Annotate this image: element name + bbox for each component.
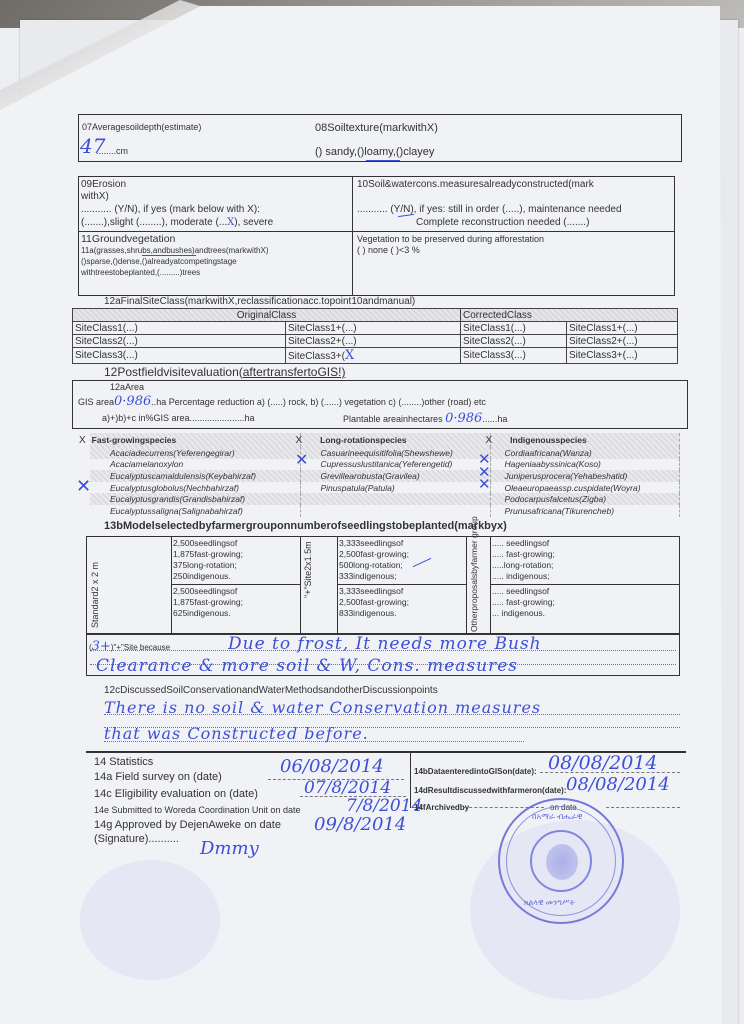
vegetation-preserved-options[interactable]: ( ) none ( )<3 %: [357, 245, 420, 255]
because-number: 3+: [92, 639, 111, 654]
site-option-1[interactable]: 3,333seedlingsof 2,500fast-growing; 500l…: [339, 538, 409, 582]
site-class-cell[interactable]: SiteClass1+(...): [567, 322, 678, 335]
post-field-title-underlined: aftertransfertoGIS!): [243, 365, 346, 379]
site-plus-label: "+"Site2x1.5m: [303, 538, 313, 598]
x-mark-eucalyptus-globolus: ✕: [76, 478, 91, 496]
statistics-title: 14 Statistics: [94, 756, 153, 768]
species-cell[interactable]: Acaciamelanoxylon: [90, 459, 300, 471]
long-rotation-label: Long-rotationspecies: [320, 435, 406, 445]
gis-entered-label: 14bDataenteredintoGISon(date):: [414, 767, 537, 776]
divider: [352, 176, 353, 296]
table-row: SiteClass1(...) SiteClass1+(...) SiteCla…: [73, 322, 678, 335]
species-cell[interactable]: Pinuspatula(Patula): [300, 482, 490, 494]
gis-area-value: 0·986: [114, 394, 151, 409]
dashed-line: [606, 807, 680, 808]
divider: [171, 584, 300, 585]
vegetation-preserved-label: Vegetation to be preserved during affore…: [357, 234, 544, 244]
discussion-handwritten-2[interactable]: that was Constructed before.: [104, 724, 369, 743]
submitted-date[interactable]: 7/8/2014: [346, 796, 422, 816]
species-cell[interactable]: Oleaeuropaeassp.cuspidate(Woyra): [490, 482, 680, 494]
site-class-cell[interactable]: SiteClass2(...): [461, 335, 567, 348]
divider: [337, 584, 466, 585]
species-cell[interactable]: Podocarpusfalcetus(Zigba): [490, 493, 680, 505]
soil-texture-label: 08Soiltexture(markwithX): [315, 122, 438, 134]
because-label-text: )"+"Site because: [111, 643, 170, 652]
indigenous-header: XIndigenousspecies: [490, 433, 680, 447]
original-class-header: OriginalClass: [73, 309, 461, 322]
ink-bleed: [80, 860, 220, 980]
ground-vegetation-label: 11Groundvegetation: [81, 233, 175, 245]
table-row: Acaciamelanoxylon Cupressuslustitanica(Y…: [90, 459, 680, 471]
species-cell[interactable]: Cupressuslustitanica(Yeferengetid): [300, 459, 490, 471]
divider: [337, 536, 338, 634]
eligibility-label: 14c Eligibility evaluation on (date): [94, 788, 258, 800]
site-class-cell[interactable]: SiteClass1(...): [73, 322, 286, 335]
species-cell[interactable]: [300, 493, 490, 505]
long-rotation-header: XLong-rotationspecies: [300, 433, 490, 447]
other-option-1[interactable]: ..... seedlingsof ..... fast-growing; ..…: [492, 538, 555, 582]
divider: [171, 536, 172, 634]
area-sum-line[interactable]: a)+)b)+c in%GIS area....................…: [102, 413, 255, 423]
erosion-severity-end: ), severe: [234, 217, 273, 228]
because-handwritten-2[interactable]: Clearance & more soil & W, Cons. measure…: [96, 656, 518, 676]
table-row: Eucalyptussaligna(Salignabahirzaf) Prunu…: [90, 505, 680, 517]
soil-depth-label: 07Averagesoildepth(estimate): [82, 122, 201, 132]
field-survey-label: 14a Field survey on (date): [94, 771, 222, 783]
discussed-date[interactable]: 08/08/2014: [566, 774, 670, 795]
species-cell[interactable]: Grevillearobusta(Gravilea): [300, 470, 490, 482]
table-row: Eucalyptusgrandis(Grandisbahirzaf) Podoc…: [90, 493, 680, 505]
divider: [490, 536, 491, 634]
site-class-3plus-text: SiteClass3+(: [288, 351, 345, 362]
gis-area-suffix: ..ha Percentage reduction a) (.....) roc…: [151, 397, 486, 407]
loamy-underline-mark: [366, 160, 400, 161]
corrected-class-header: CorrectedClass: [461, 309, 678, 322]
swc-reconstruction[interactable]: Complete reconstruction needed (.......): [416, 217, 589, 228]
x-mark-cupressus: ✕: [295, 452, 308, 468]
species-cell[interactable]: Hageniaabyssinica(Koso): [490, 459, 680, 471]
species-cell[interactable]: Casuarineequisitifolia(Shewshewe): [300, 447, 490, 459]
plantable-area-label: Plantable areainhectares: [343, 414, 443, 424]
table-row: Eucalyptusglobolus(Nechbahirzaf) Pinuspa…: [90, 482, 680, 494]
vegetation-line-1: 11a(grasses,shrubs,andbushes)andtrees(ma…: [81, 246, 269, 255]
soil-depth-unit: ........cm: [96, 146, 128, 156]
table-row: SiteClass3(...) SiteClass3+(X SiteClass3…: [73, 348, 678, 364]
site-class-title: 12aFinalSiteClass(markwithX,reclassifica…: [104, 296, 415, 307]
other-proposals-label: Otherproposalsbyfarmer group: [469, 538, 479, 632]
long-rotation-x: X: [296, 435, 303, 446]
gis-area-label: GIS area: [78, 397, 114, 407]
approved-date[interactable]: 09/8/2014: [314, 814, 406, 835]
species-cell[interactable]: Eucalyptuscamaldulensis(Keybahirzaf): [90, 470, 300, 482]
site-class-3plus-cell[interactable]: SiteClass3+(X: [286, 348, 461, 364]
gis-entered-date[interactable]: 08/08/2014: [548, 752, 658, 774]
species-cell[interactable]: Juniperusprocera(Yehabeshatid): [490, 470, 680, 482]
erosion-yn[interactable]: ........... (Y/N), if yes (mark below wi…: [81, 204, 260, 215]
plantable-area-suffix: ......ha: [482, 414, 507, 424]
species-table: XFast-growingspecies XLong-rotationspeci…: [90, 433, 680, 517]
signature-label: (Signature)..........: [94, 833, 179, 845]
species-cell[interactable]: Eucalyptussaligna(Salignabahirzaf): [90, 505, 300, 517]
site-class-x-mark: X: [345, 348, 354, 363]
approved-label: 14g Approved by DejenAweke on date: [94, 819, 281, 831]
other-option-2[interactable]: ..... seedlingsof ..... fast-growing; ..…: [492, 586, 555, 619]
discussed-label: 14dResultdiscussedwithfarmeron(date):: [414, 786, 566, 795]
soil-texture-options[interactable]: () sandy,()loamy,()clayey: [315, 146, 434, 158]
ink-bleed: [470, 820, 680, 1000]
shrubs-underline-mark: [142, 255, 196, 256]
site-class-cell[interactable]: SiteClass2+(...): [286, 335, 461, 348]
species-cell[interactable]: Eucalyptusgrandis(Grandisbahirzaf): [90, 493, 300, 505]
x-mark-olea: ✕: [478, 477, 491, 492]
species-cell[interactable]: [300, 505, 490, 517]
fast-growing-header: XFast-growingspecies: [90, 433, 300, 447]
swc-label: 10Soil&watercons.measuresalreadyconstruc…: [357, 179, 594, 190]
erosion-label: 09Erosion: [81, 179, 126, 190]
standard-option-1[interactable]: 2,500seedlingsof 1,875fast-growing; 375l…: [173, 538, 243, 582]
species-cell[interactable]: Acaciadecurrens(Yeferengegirar): [90, 447, 300, 459]
archived-label: 14fArchivedby: [414, 803, 469, 812]
field-survey-date[interactable]: 06/08/2014: [280, 756, 384, 777]
divider: [78, 231, 675, 232]
post-field-title-text: 12Postfieldvisitevaluation(: [104, 365, 243, 379]
vegetation-line-2[interactable]: ()sparse,()dense,()alreadyatcompetingsta…: [81, 257, 237, 266]
species-cell[interactable]: Prunusafricana(Tikurencheb): [490, 505, 680, 517]
site-option-2[interactable]: 3,333seedlingsof 2,500fast-growing; 833i…: [339, 586, 409, 619]
discussion-title: 12cDiscussedSoilConservationandWaterMeth…: [104, 685, 438, 696]
vegetation-line-3[interactable]: withtreestobeplanted,(.........)trees: [81, 268, 200, 277]
signature[interactable]: Dmmy: [200, 838, 259, 859]
erosion-severity[interactable]: (.......),slight (........), moderate (.…: [81, 217, 273, 228]
divider: [490, 584, 680, 585]
table-row: Eucalyptuscamaldulensis(Keybahirzaf) Gre…: [90, 470, 680, 482]
species-cell[interactable]: Cordiaafricana(Wanza): [490, 447, 680, 459]
model-selection-title: 13bModelselectedbyfarmergrouponnumberofs…: [104, 520, 507, 532]
fast-growing-x: X: [79, 435, 86, 446]
form-page: 07Averagesoildepth(estimate) 47 ........…: [0, 0, 722, 1024]
site-class-cell[interactable]: SiteClass3(...): [461, 348, 567, 364]
site-class-table: OriginalClass CorrectedClass SiteClass1(…: [72, 308, 678, 364]
post-field-title: 12Postfieldvisitevaluation(aftertransfer…: [104, 365, 345, 379]
area-label: 12aArea: [110, 382, 144, 392]
indigenous-label: Indigenousspecies: [510, 435, 587, 445]
gis-area-line[interactable]: GIS area0·986..ha Percentage reduction a…: [78, 394, 486, 409]
eligibility-date[interactable]: 07/8/2014: [304, 778, 391, 798]
site-class-cell[interactable]: SiteClass3(...): [73, 348, 286, 364]
standard-label: Standard2 x 2 m: [90, 548, 100, 628]
because-handwritten-1[interactable]: Due to frost, It needs more Bush: [228, 634, 542, 654]
because-label: (3+)"+"Site because: [89, 639, 170, 654]
table-row: Acaciadecurrens(Yeferengegirar) Casuarin…: [90, 447, 680, 459]
standard-option-2[interactable]: 2,500seedlingsof 1,875fast-growing; 625i…: [173, 586, 243, 619]
plantable-area-line[interactable]: Plantable areainhectares 0·986......ha: [343, 411, 507, 426]
erosion-label-2: withX): [81, 191, 109, 202]
divider: [466, 536, 467, 634]
site-class-cell[interactable]: SiteClass2+(...): [567, 335, 678, 348]
site-class-cell[interactable]: SiteClass3+(...): [567, 348, 678, 364]
swc-status[interactable]: ........... (Y/N), if yes: still in orde…: [357, 204, 622, 215]
species-cell[interactable]: Eucalyptusglobolus(Nechbahirzaf): [90, 482, 300, 494]
site-class-cell[interactable]: SiteClass1+(...): [286, 322, 461, 335]
plantable-area-value: 0·986: [445, 411, 482, 426]
submitted-label: 14e Submitted to Woreda Coordination Uni…: [94, 805, 300, 815]
table-row: SiteClass2(...) SiteClass2+(...) SiteCla…: [73, 335, 678, 348]
erosion-severity-text: (.......),slight (........), moderate (.…: [81, 217, 227, 228]
fast-growing-label: Fast-growingspecies: [92, 435, 177, 445]
site-class-cell[interactable]: SiteClass1(...): [461, 322, 567, 335]
discussion-handwritten-1[interactable]: There is no soil & water Conservation me…: [104, 698, 541, 717]
species-header-row: XFast-growingspecies XLong-rotationspeci…: [90, 433, 680, 447]
site-class-cell[interactable]: SiteClass2(...): [73, 335, 286, 348]
indigenous-x: X: [486, 435, 493, 446]
divider: [300, 536, 301, 634]
